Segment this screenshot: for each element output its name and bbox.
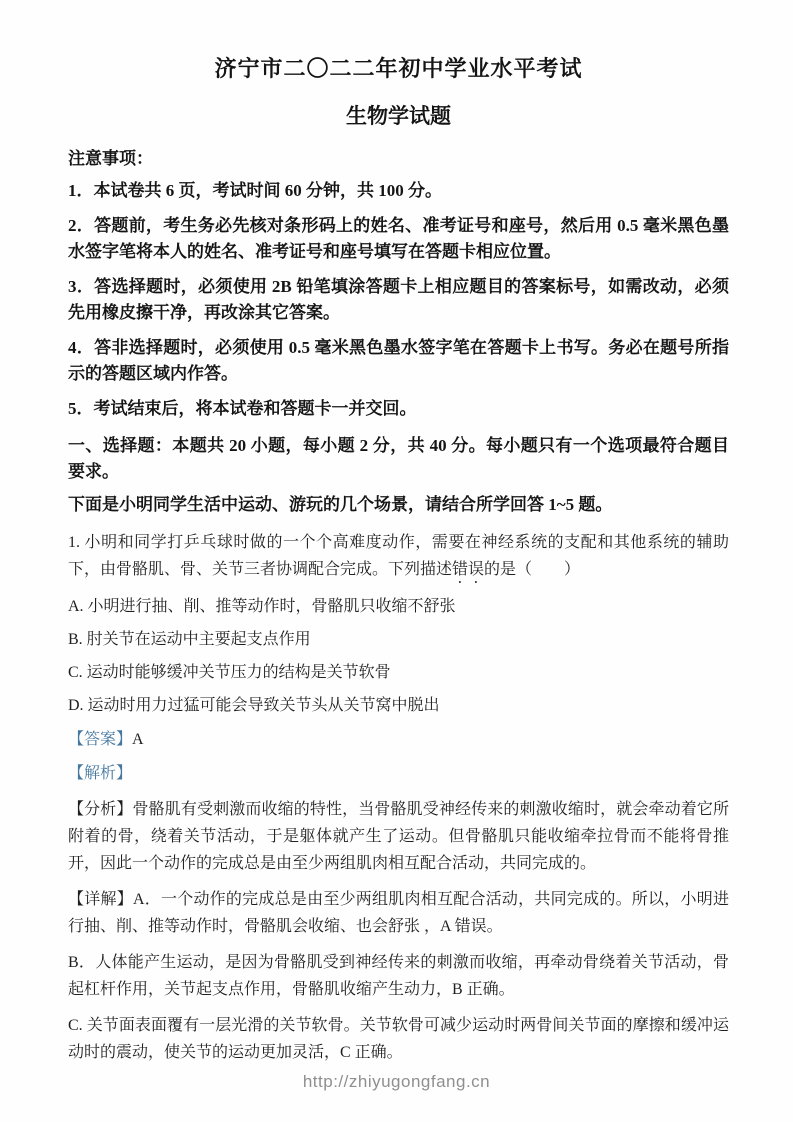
- explanation-line: 【解析】: [68, 761, 729, 787]
- notice-item-2: 2．答题前，考生务必先核对条形码上的姓名、准考证号和座号，然后用 0.5 毫米黑…: [68, 213, 729, 265]
- notices-heading: 注意事项：: [68, 144, 729, 169]
- section-heading: 一、选择题：本题共 20 小题，每小题 2 分，共 40 分。每小题只有一个选项…: [68, 433, 729, 485]
- question-stem-pre: 1. 小明和同学打乒乓球时做的一个个高难度动作，需要在神经系统的支配和其他系统的…: [68, 534, 729, 578]
- question-stem-emphasized: 错误: [452, 561, 484, 578]
- notice-item-5: 5．考试结束后，将本试卷和答题卡一并交回。: [68, 396, 729, 422]
- question-stem: 1. 小明和同学打乒乓球时做的一个个高难度动作，需要在神经系统的支配和其他系统的…: [68, 529, 729, 587]
- notice-item-4: 4．答非选择题时，必须使用 0.5 毫米黑色墨水签字笔在答题卡上书写。务必在题号…: [68, 335, 729, 387]
- detail-paragraph-c: C. 关节面表面覆有一层光滑的关节软骨。关节软骨可减少运动时两骨间关节面的摩擦和…: [68, 1012, 729, 1066]
- explanation-label: 【解析】: [68, 765, 132, 782]
- answer-value: A: [132, 731, 144, 748]
- exam-document-page: 济宁市二〇二二年初中学业水平考试 生物学试题 注意事项： 1．本试卷共 6 页，…: [0, 0, 793, 1122]
- notice-item-3: 3．答选择题时，必须使用 2B 铅笔填涂答题卡上相应题目的答案标号，如需改动，必…: [68, 274, 729, 326]
- option-b: B. 肘关节在运动中主要起支点作用: [68, 627, 729, 653]
- document-title: 济宁市二〇二二年初中学业水平考试: [68, 52, 729, 83]
- analysis-paragraph: 【分析】骨骼肌有受刺激而收缩的特性，当骨骼肌受神经传来的刺激收缩时，就会牵动着它…: [68, 796, 729, 877]
- option-a: A. 小明进行抽、削、推等动作时，骨骼肌只收缩不舒张: [68, 594, 729, 620]
- analysis-text: 骨骼肌有受刺激而收缩的特性，当骨骼肌受神经传来的刺激收缩时，就会牵动着它所附着的…: [68, 801, 729, 872]
- detail-text-a: A．一个动作的完成总是由至少两组肌肉相互配合活动，共同完成的。所以，小明进行抽、…: [68, 891, 729, 935]
- answer-label: 【答案】: [68, 731, 132, 748]
- section-intro: 下面是小明同学生活中运动、游玩的几个场景，请结合所学回答 1~5 题。: [68, 492, 729, 518]
- footer-url: http://zhiyugongfang.cn: [0, 1072, 793, 1092]
- detail-paragraph-a: 【详解】A．一个动作的完成总是由至少两组肌肉相互配合活动，共同完成的。所以，小明…: [68, 886, 729, 940]
- document-subtitle: 生物学试题: [68, 100, 729, 130]
- detail-label: 【详解】: [68, 891, 133, 908]
- analysis-label: 【分析】: [68, 801, 133, 818]
- detail-paragraph-b: B．人体能产生运动，是因为骨骼肌受到神经传来的刺激而收缩，再牵动骨绕着关节活动，…: [68, 949, 729, 1003]
- option-c: C. 运动时能够缓冲关节压力的结构是关节软骨: [68, 660, 729, 686]
- answer-line: 【答案】A: [68, 727, 729, 753]
- question-stem-post: 的是（ ）: [484, 561, 580, 578]
- option-d: D. 运动时用力过猛可能会导致关节头从关节窝中脱出: [68, 693, 729, 719]
- notice-item-1: 1．本试卷共 6 页，考试时间 60 分钟，共 100 分。: [68, 178, 729, 204]
